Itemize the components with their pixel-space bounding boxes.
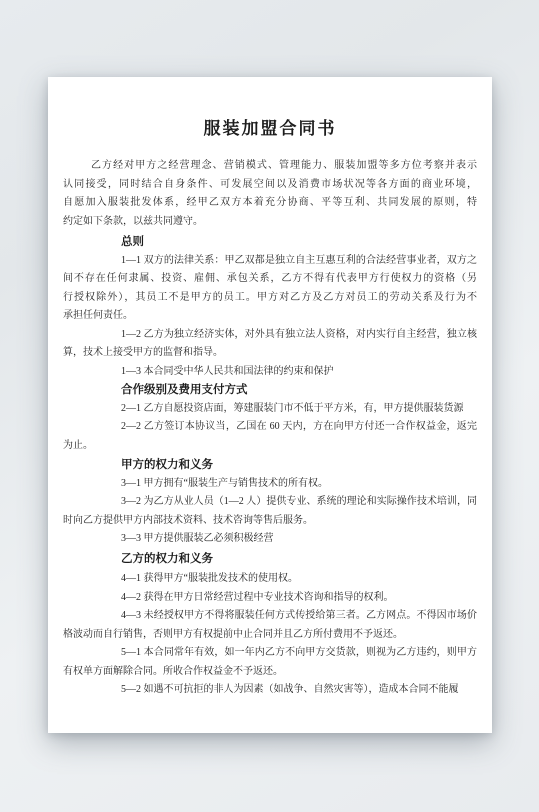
text-line: 3—1 甲方拥有“服装生产与销售技术的所有权。: [63, 475, 477, 494]
clause-4-1: 4—1 获得甲方“服装批发技术的使用权。: [63, 570, 477, 589]
text-line: 4—3 未经授权甲方不得将服装任何方式传授给第三者。乙方网点。不得因市场价: [63, 607, 477, 626]
text-line: 3—3 甲方提供服装乙必须积极经营: [63, 530, 477, 549]
text-line: 2—2 乙方签订本协议当，乙国在 60 天内，方在向甲方付还一合作权益金，返完: [63, 418, 477, 437]
text-line: 有权单方面解除合同。所收合作权益金不予返还。: [63, 663, 477, 682]
document-content: 服装加盟合同书 乙方经对甲方之经营理念、营销模式、管理能力、服装加盟等多方位考察…: [48, 117, 492, 700]
heading-party-b-rights-obligations: 乙方的权力和义务: [63, 550, 477, 569]
text-line: 乙方经对甲方之经营理念、营销模式、管理能力、服装加盟等多方位考察并表示: [63, 157, 477, 176]
text-line: 格波动而自行销售，否则甲方有权提前中止合同并且乙方所付费用不予返还。: [63, 626, 477, 645]
canvas-background: 服装加盟合同书 乙方经对甲方之经营理念、营销模式、管理能力、服装加盟等多方位考察…: [0, 0, 539, 812]
text-line: 自愿加入服装批发体系，经甲乙双方本着充分协商、平等互利、共同发展的原则，特: [63, 194, 477, 213]
contract-document-page: 服装加盟合同书 乙方经对甲方之经营理念、营销模式、管理能力、服装加盟等多方位考察…: [48, 77, 492, 733]
text-line: 1—1 双方的法律关系：甲乙双都是独立自主互惠互利的合法经营事业者，双方之: [63, 252, 477, 271]
clause-3-2: 3—2 为乙方从业人员（1—2 人）提供专业、系统的理论和实际操作技术培训，同 …: [63, 493, 477, 530]
clause-5-1: 5—1 本合同常年有效，如一年内乙方不向甲方交货款，则视为乙方违约，则甲方 有权…: [63, 644, 477, 681]
clause-1-1: 1—1 双方的法律关系：甲乙双都是独立自主互惠互利的合法经营事业者，双方之 间不…: [63, 252, 477, 326]
heading-party-a-rights-obligations: 甲方的权力和义务: [63, 456, 477, 475]
clause-2-1: 2—1 乙方自愿投资店面，筹建服装门市不低于平方米，有，甲方提供服装货源: [63, 400, 477, 419]
text-line: 算，技术上接受甲方的监督和指导。: [63, 344, 477, 363]
text-line: 5—1 本合同常年有效，如一年内乙方不向甲方交货款，则视为乙方违约，则甲方: [63, 644, 477, 663]
clause-2-2: 2—2 乙方签订本协议当，乙国在 60 天内，方在向甲方付还一合作权益金，返完 …: [63, 418, 477, 455]
clause-1-2: 1—2 乙方为独立经济实体，对外具有独立法人资格，对内实行自主经营，独立核 算，…: [63, 326, 477, 363]
clause-5-2: 5—2 如遇不可抗拒的非人为因素（如战争、自然灾害等），造成本合同不能履行，: [63, 681, 477, 700]
text-line: 3—2 为乙方从业人员（1—2 人）提供专业、系统的理论和实际操作技术培训，同: [63, 493, 477, 512]
text-line: 时向乙方提供甲方内部技术资料、技术咨询等售后服务。: [63, 512, 477, 531]
text-line: 承担任何责任。: [63, 307, 477, 326]
text-line: 行授权除外），其员工不是甲方的员工。甲方对乙方及乙方对员工的劳动关系及行为不: [63, 289, 477, 308]
text-line: 4—1 获得甲方“服装批发技术的使用权。: [63, 570, 477, 589]
heading-cooperation-level-payment: 合作级别及费用支付方式: [63, 381, 477, 400]
clause-3-3: 3—3 甲方提供服装乙必须积极经营: [63, 530, 477, 549]
text-line: 1—3 本合同受中华人民共和国法律的约束和保护: [63, 363, 477, 382]
text-line: 5—2 如遇不可抗拒的非人为因素（如战争、自然灾害等），造成本合同不能履行，: [63, 681, 477, 700]
intro-paragraph: 乙方经对甲方之经营理念、营销模式、管理能力、服装加盟等多方位考察并表示 认同接受…: [63, 157, 477, 231]
clause-1-3: 1—3 本合同受中华人民共和国法律的约束和保护: [63, 363, 477, 382]
heading-general-provisions: 总则: [63, 233, 477, 252]
text-line: 为止。: [63, 437, 477, 456]
clause-3-1: 3—1 甲方拥有“服装生产与销售技术的所有权。: [63, 475, 477, 494]
text-line: 间不存在任何隶属、投资、雇佣、承包关系，乙方不得有代表甲方行使权力的资格（另: [63, 270, 477, 289]
text-line: 认同接受，同时结合自身条件、可发展空间以及消费市场状况等各方面的商业环境，: [63, 176, 477, 195]
text-line: 约定如下条款，以兹共同遵守。: [63, 213, 477, 232]
text-line: 2—1 乙方自愿投资店面，筹建服装门市不低于平方米，有，甲方提供服装货源: [63, 400, 477, 419]
clause-4-2: 4—2 获得在甲方日常经营过程中专业技术咨询和指导的权利。: [63, 589, 477, 608]
document-title: 服装加盟合同书: [63, 117, 477, 141]
text-line: 1—2 乙方为独立经济实体，对外具有独立法人资格，对内实行自主经营，独立核: [63, 326, 477, 345]
text-line: 4—2 获得在甲方日常经营过程中专业技术咨询和指导的权利。: [63, 589, 477, 608]
clause-4-3: 4—3 未经授权甲方不得将服装任何方式传授给第三者。乙方网点。不得因市场价 格波…: [63, 607, 477, 644]
